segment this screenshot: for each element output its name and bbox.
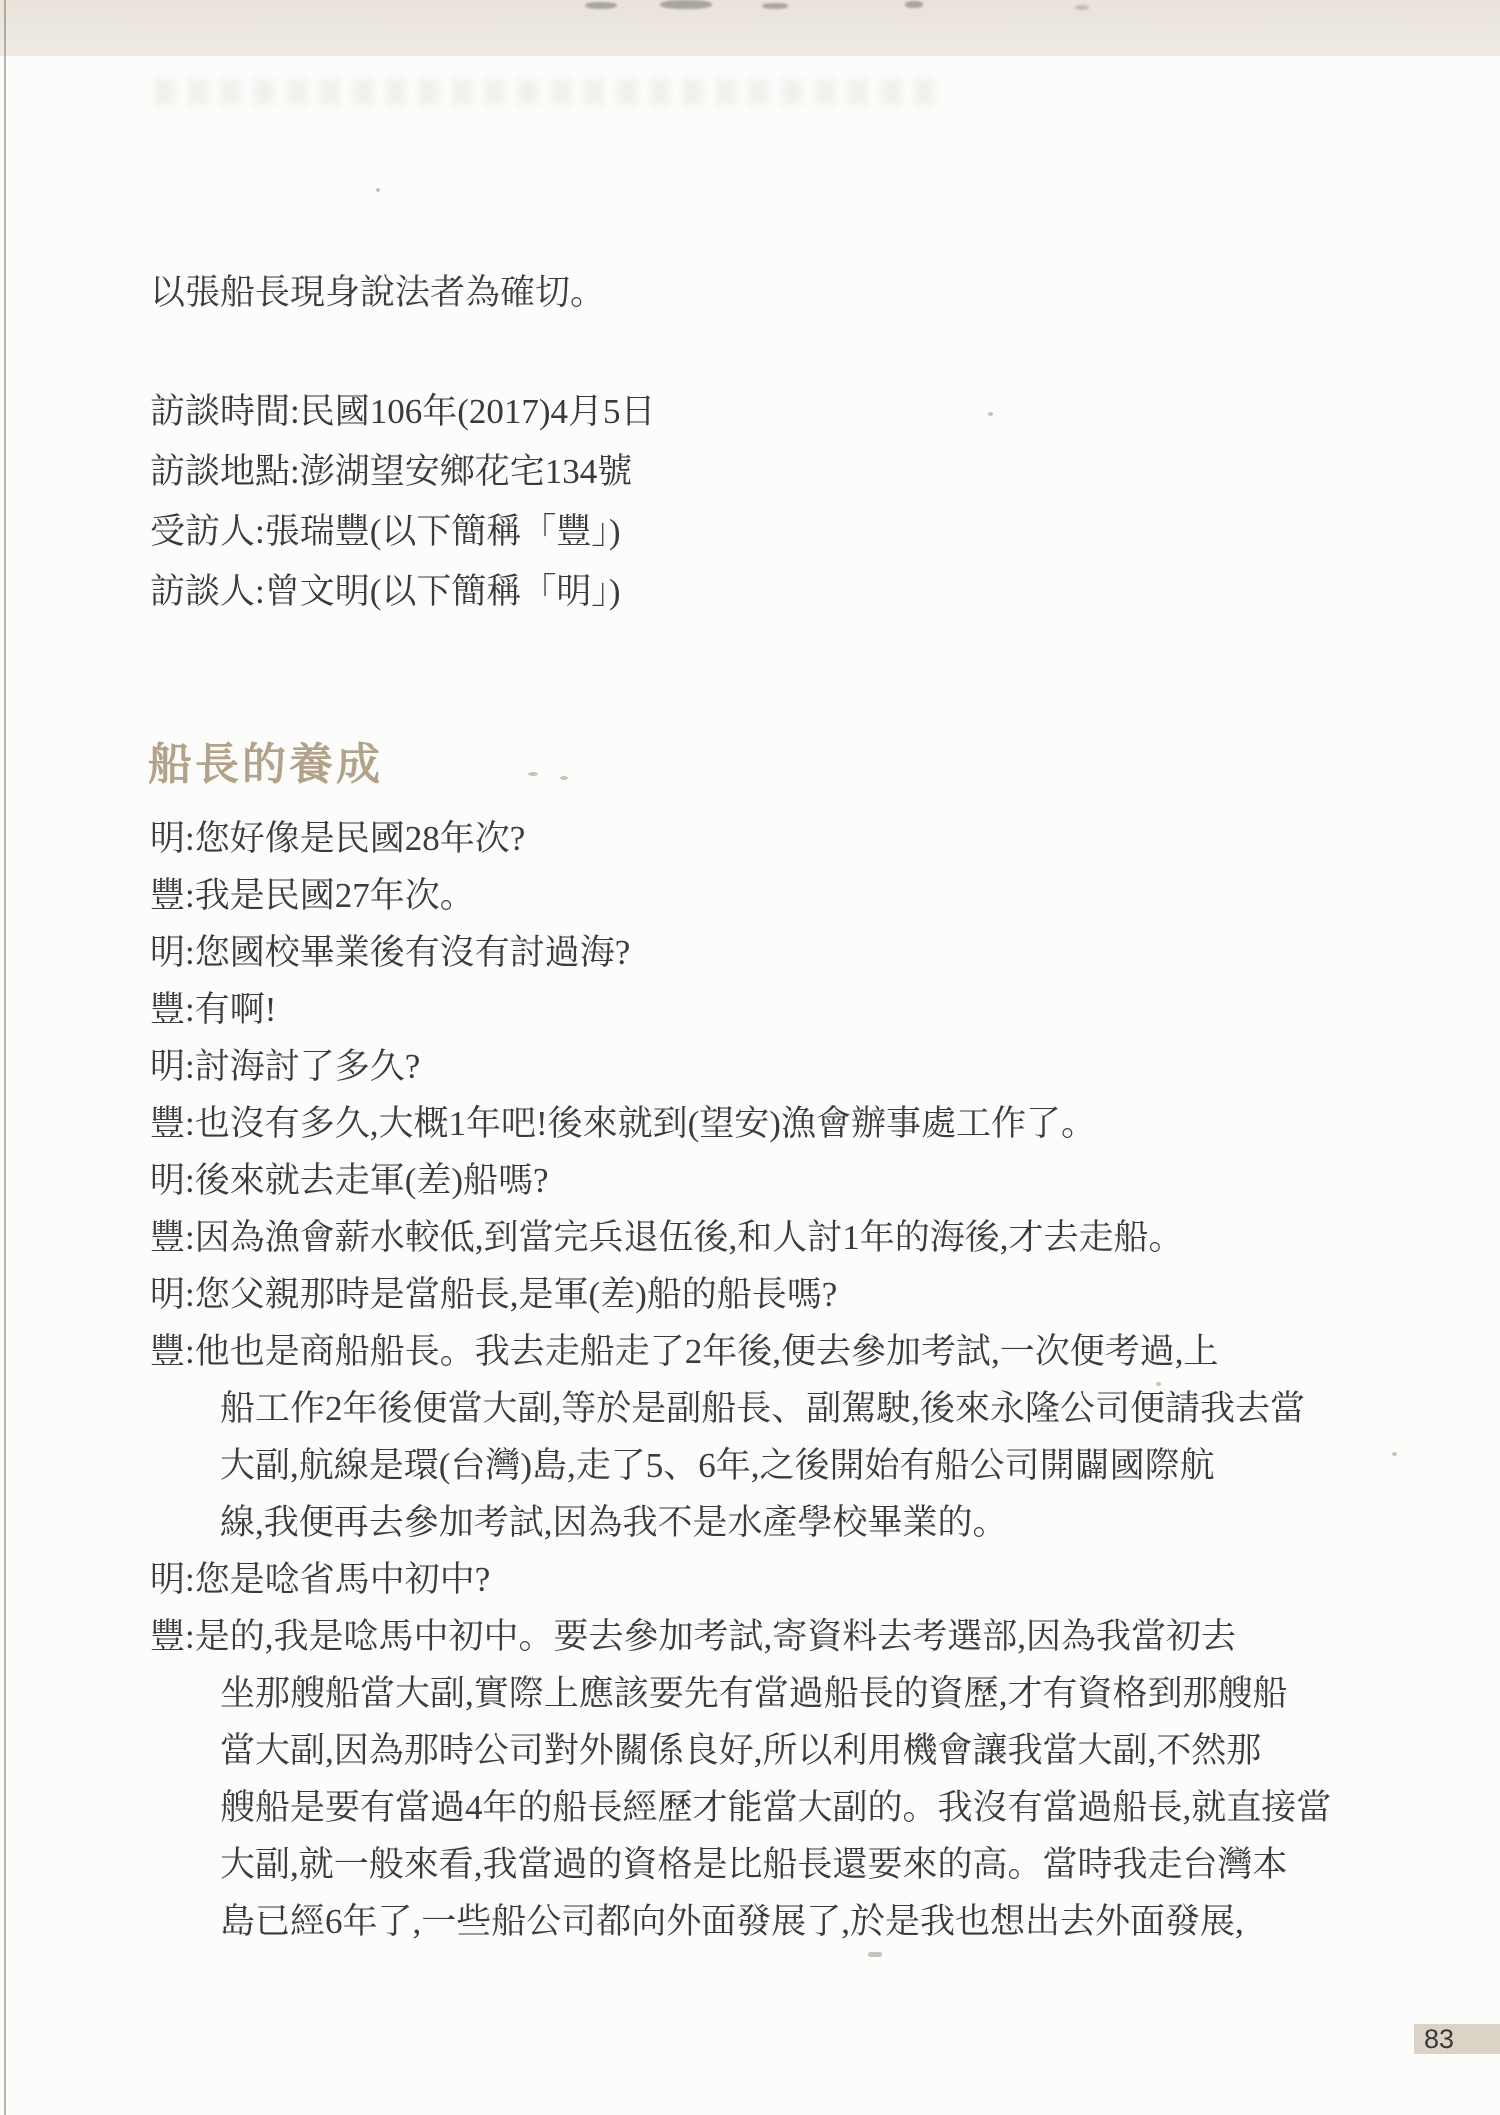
- dialogue-line: 明:後來就去走軍(差)船嗎?: [150, 1152, 1410, 1209]
- dialogue-line: 豐:我是民國27年次。: [150, 867, 1410, 924]
- page-number: 83: [1424, 2024, 1454, 2054]
- dialogue-line: 明:您國校畢業後有沒有討過海?: [150, 924, 1410, 981]
- dialogue: 明:您好像是民國28年次?豐:我是民國27年次。明:您國校畢業後有沒有討過海?豐…: [150, 810, 1410, 1950]
- section-title: 船長的養成: [148, 738, 383, 792]
- dialogue-line: 豐:他也是商船船長。我去走船走了2年後,便去參加考試,一次便考過,上: [150, 1323, 1410, 1380]
- scan-speck: [988, 412, 993, 416]
- interviewee-line: 受訪人:張瑞豐(以下簡稱「豐」): [150, 502, 656, 562]
- scan-smudge: [905, 1, 923, 8]
- intro-paragraph: 以張船長現身說法者為確切。: [150, 268, 605, 318]
- scan-smudge: [1075, 5, 1089, 10]
- interview-date-line: 訪談時間:民國106年(2017)4月5日: [150, 382, 656, 442]
- scan-smudge: [762, 3, 788, 9]
- interview-metadata: 訪談時間:民國106年(2017)4月5日 訪談地點:澎湖望安鄉花宅134號 受…: [150, 382, 656, 622]
- dialogue-line: 明:討海討了多久?: [150, 1038, 1410, 1095]
- dialogue-line: 豐:有啊!: [150, 981, 1410, 1038]
- dialogue-line: 豐:也沒有多久,大概1年吧!後來就到(望安)漁會辦事處工作了。: [150, 1095, 1410, 1152]
- scan-speck: [868, 1952, 882, 1957]
- interview-location-line: 訪談地點:澎湖望安鄉花宅134號: [150, 442, 656, 502]
- dialogue-line: 艘船是要有當過4年的船長經歷才能當大副的。我沒有當過船長,就直接當: [150, 1779, 1410, 1836]
- dialogue-line: 大副,就一般來看,我當過的資格是比船長還要來的高。當時我走台灣本: [150, 1836, 1410, 1893]
- dialogue-line: 豐:因為漁會薪水較低,到當完兵退伍後,和人討1年的海後,才去走船。: [150, 1209, 1410, 1266]
- dialogue-line: 明:您是唸省馬中初中?: [150, 1551, 1410, 1608]
- dialogue-line: 當大副,因為那時公司對外關係良好,所以利用機會讓我當大副,不然那: [150, 1722, 1410, 1779]
- page-number-badge: 83: [1414, 2024, 1500, 2054]
- dialogue-line: 船工作2年後便當大副,等於是副船長、副駕駛,後來永隆公司便請我去當: [150, 1380, 1410, 1437]
- scanned-book-page: 以張船長現身說法者為確切。 訪談時間:民國106年(2017)4月5日 訪談地點…: [0, 0, 1500, 2115]
- scan-left-edge-line: [4, 0, 6, 2115]
- scan-top-edge-band: [0, 0, 1500, 56]
- bleed-through-ghost-text: [155, 78, 935, 106]
- scan-smudge: [585, 2, 617, 9]
- interviewer-line: 訪談人:曾文明(以下簡稱「明」): [150, 562, 656, 622]
- dialogue-line: 明:您父親那時是當船長,是軍(差)船的船長嗎?: [150, 1266, 1410, 1323]
- dialogue-line: 大副,航線是環(台灣)島,走了5、6年,之後開始有船公司開闢國際航: [150, 1437, 1410, 1494]
- scan-speck: [376, 188, 380, 192]
- scan-speck: [560, 776, 568, 780]
- scan-smudge: [660, 0, 712, 9]
- dialogue-line: 島已經6年了,一些船公司都向外面發展了,於是我也想出去外面發展,: [150, 1893, 1410, 1950]
- dialogue-line: 明:您好像是民國28年次?: [150, 810, 1410, 867]
- scan-speck: [528, 772, 538, 776]
- dialogue-line: 坐那艘船當大副,實際上應該要先有當過船長的資歷,才有資格到那艘船: [150, 1665, 1410, 1722]
- dialogue-line: 線,我便再去參加考試,因為我不是水產學校畢業的。: [150, 1494, 1410, 1551]
- dialogue-line: 豐:是的,我是唸馬中初中。要去參加考試,寄資料去考選部,因為我當初去: [150, 1608, 1410, 1665]
